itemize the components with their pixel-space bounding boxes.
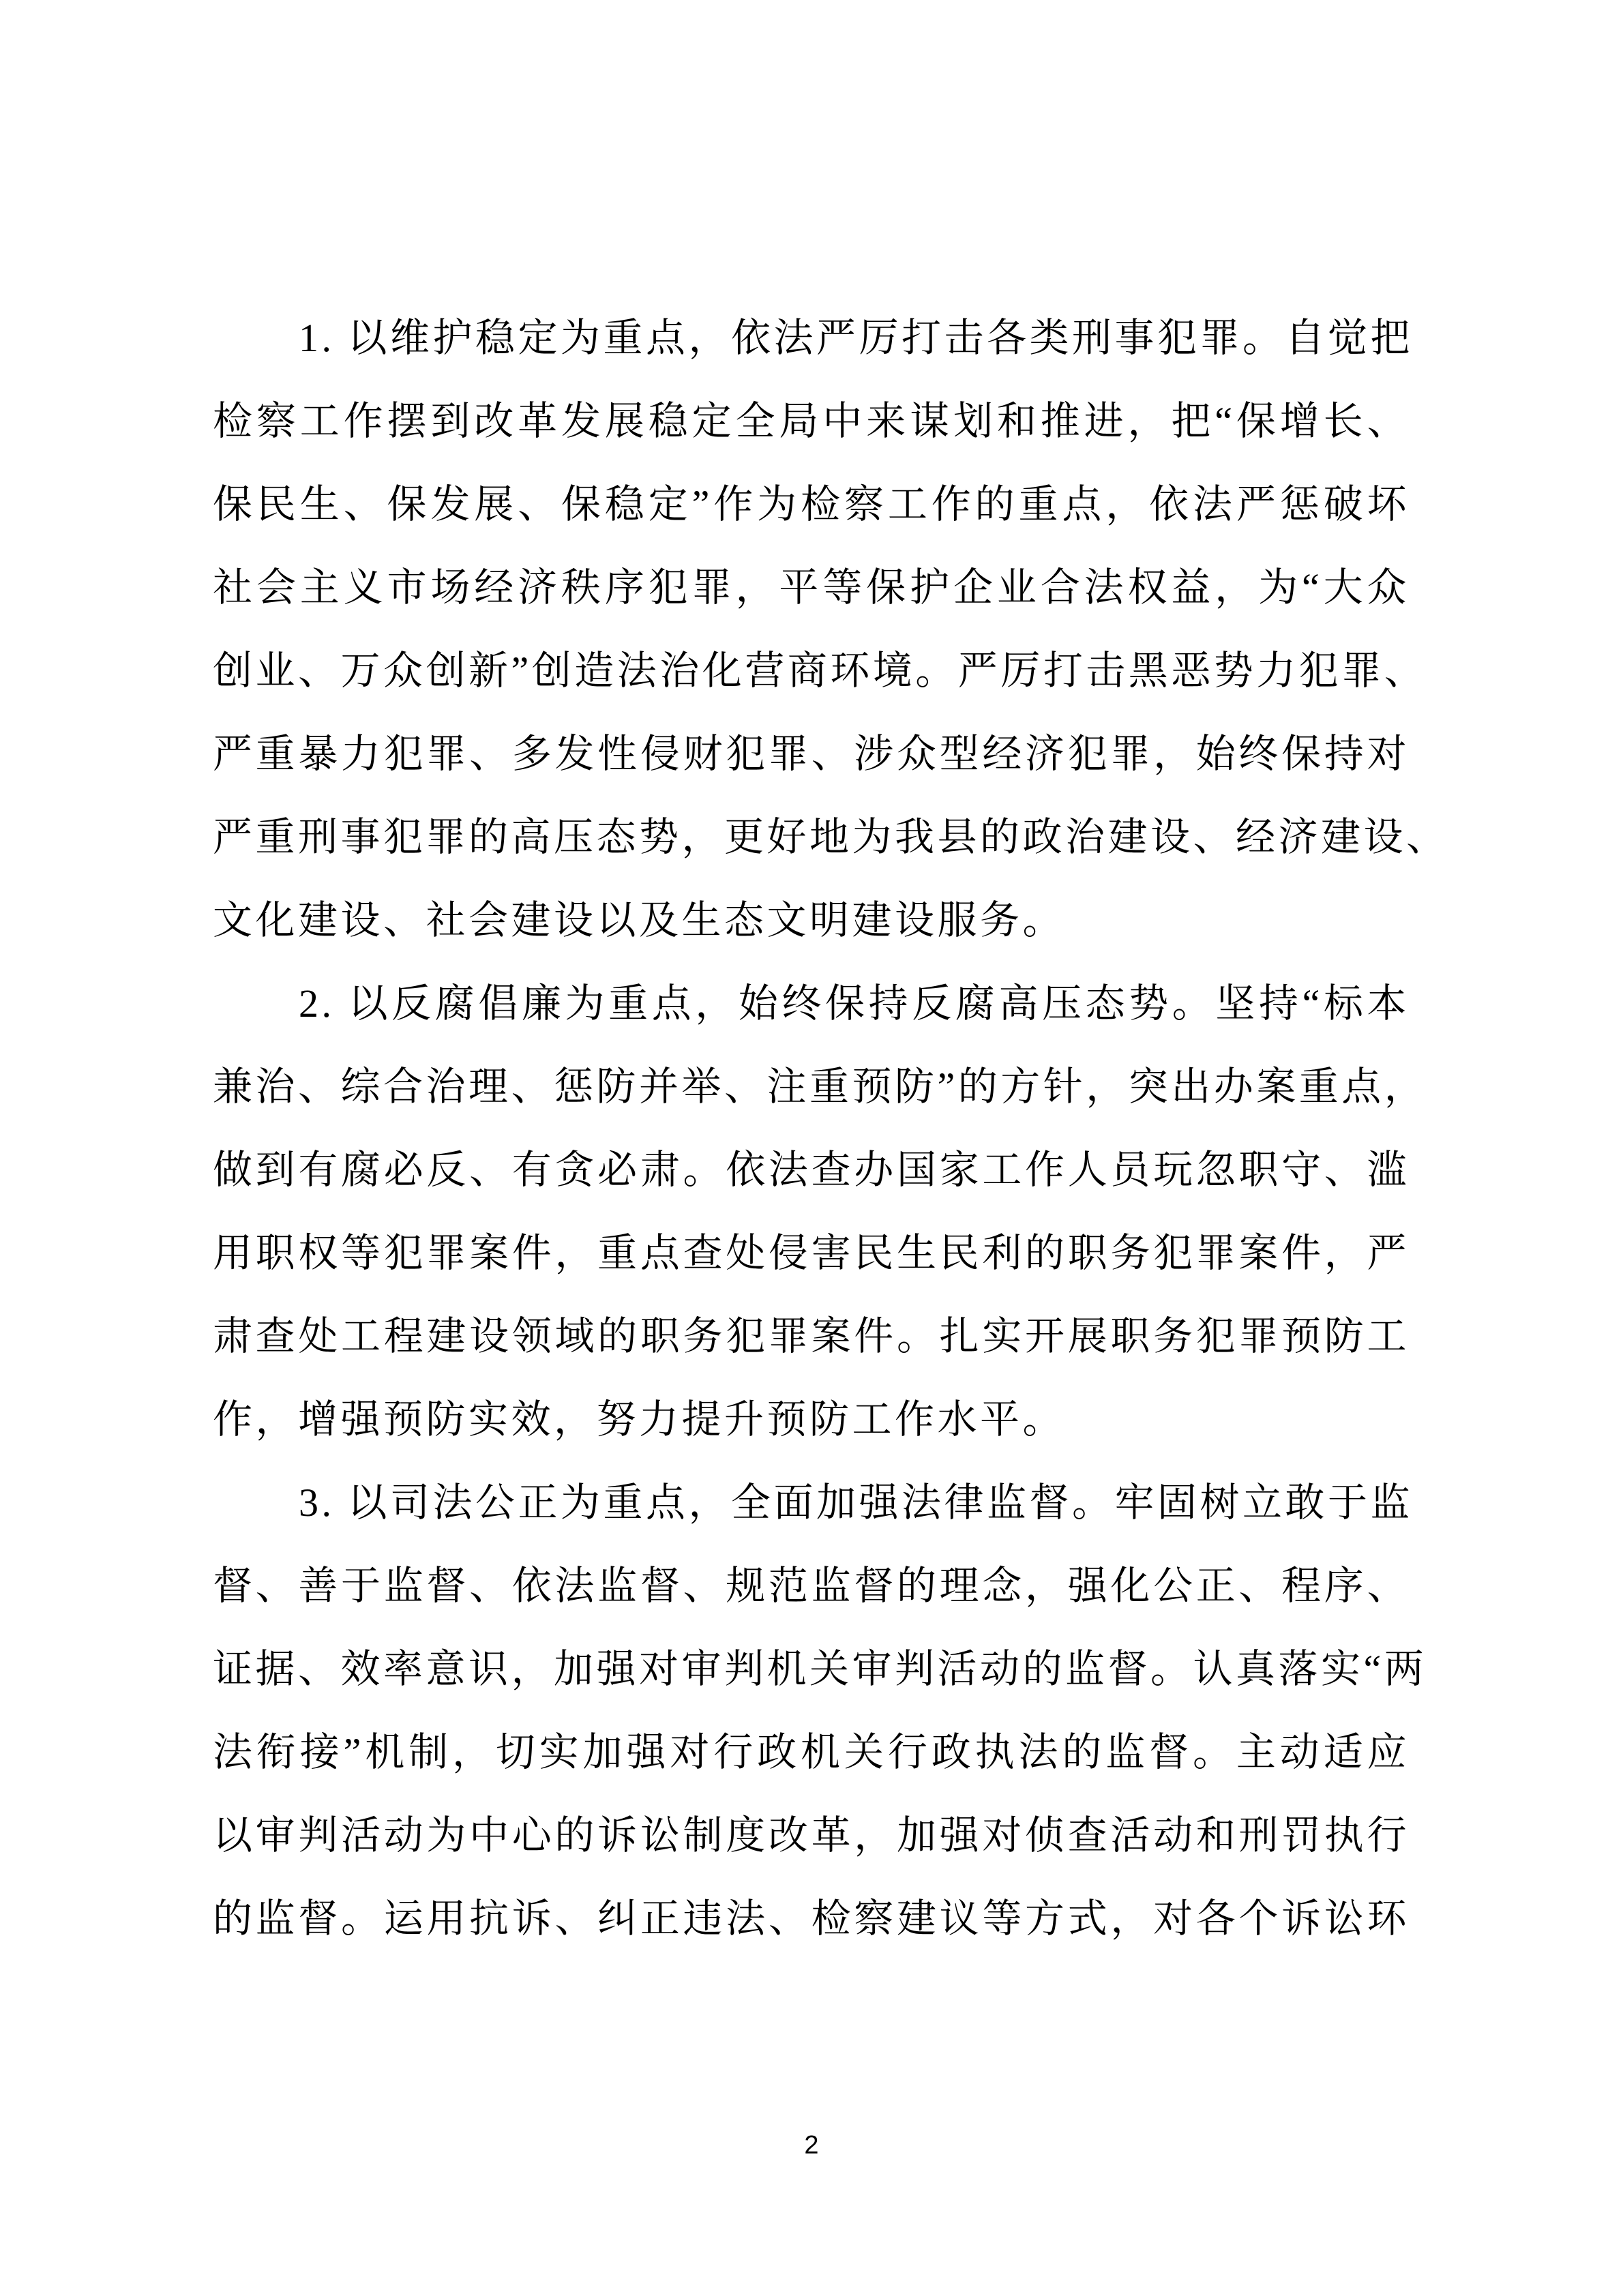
text-line: 保民生、保发展、保稳定”作为检察工作的重点，依法严惩破坏	[213, 463, 1410, 546]
text-line: 督、善于监督、依法监督、规范监督的理念，强化公正、程序、	[213, 1545, 1410, 1628]
page-number: 2	[804, 2131, 818, 2160]
paragraph-3: 3. 以司法公正为重点，全面加强法律监督。牢固树立敢于监 督、善于监督、依法监督…	[213, 1461, 1410, 1960]
text-line: 1. 以维护稳定为重点，依法严厉打击各类刑事犯罪。自觉把	[213, 297, 1410, 380]
text-line: 做到有腐必反、有贪必肃。依法查办国家工作人员玩忽职守、滥	[213, 1129, 1410, 1212]
text-line: 兼治、综合治理、惩防并举、注重预防”的方针，突出办案重点，	[213, 1045, 1410, 1129]
text-line: 证据、效率意识，加强对审判机关审判活动的监督。认真落实“两	[213, 1628, 1410, 1711]
text-line: 肃查处工程建设领域的职务犯罪案件。扎实开展职务犯罪预防工	[213, 1295, 1410, 1378]
page-footer: 2	[0, 2126, 1623, 2164]
text-line: 法衔接”机制，切实加强对行政机关行政执法的监督。主动适应	[213, 1711, 1410, 1794]
paragraph-1: 1. 以维护稳定为重点，依法严厉打击各类刑事犯罪。自觉把 检察工作摆到改革发展稳…	[213, 297, 1410, 962]
text-line: 3. 以司法公正为重点，全面加强法律监督。牢固树立敢于监	[213, 1461, 1410, 1545]
text-line: 用职权等犯罪案件，重点查处侵害民生民利的职务犯罪案件，严	[213, 1212, 1410, 1295]
text-line: 社会主义市场经济秩序犯罪，平等保护企业合法权益，为“大众	[213, 546, 1410, 629]
text-line: 的监督。运用抗诉、纠正违法、检察建议等方式，对各个诉讼环	[213, 1877, 1410, 1960]
text-line: 2. 以反腐倡廉为重点，始终保持反腐高压态势。坚持“标本	[213, 962, 1410, 1045]
text-line: 检察工作摆到改革发展稳定全局中来谋划和推进，把“保增长、	[213, 380, 1410, 463]
text-line: 创业、万众创新”创造法治化营商环境。严厉打击黑恶势力犯罪、	[213, 629, 1410, 713]
document-page: 1. 以维护稳定为重点，依法严厉打击各类刑事犯罪。自觉把 检察工作摆到改革发展稳…	[0, 0, 1623, 2296]
text-line: 文化建设、社会建设以及生态文明建设服务。	[213, 879, 1410, 962]
text-line: 以审判活动为中心的诉讼制度改革，加强对侦查活动和刑罚执行	[213, 1794, 1410, 1877]
paragraph-2: 2. 以反腐倡廉为重点，始终保持反腐高压态势。坚持“标本 兼治、综合治理、惩防并…	[213, 962, 1410, 1461]
text-line: 严重刑事犯罪的高压态势，更好地为我县的政治建设、经济建设、	[213, 796, 1410, 879]
text-line: 作，增强预防实效，努力提升预防工作水平。	[213, 1378, 1410, 1461]
text-line: 严重暴力犯罪、多发性侵财犯罪、涉众型经济犯罪，始终保持对	[213, 713, 1410, 796]
document-body: 1. 以维护稳定为重点，依法严厉打击各类刑事犯罪。自觉把 检察工作摆到改革发展稳…	[213, 297, 1410, 1960]
